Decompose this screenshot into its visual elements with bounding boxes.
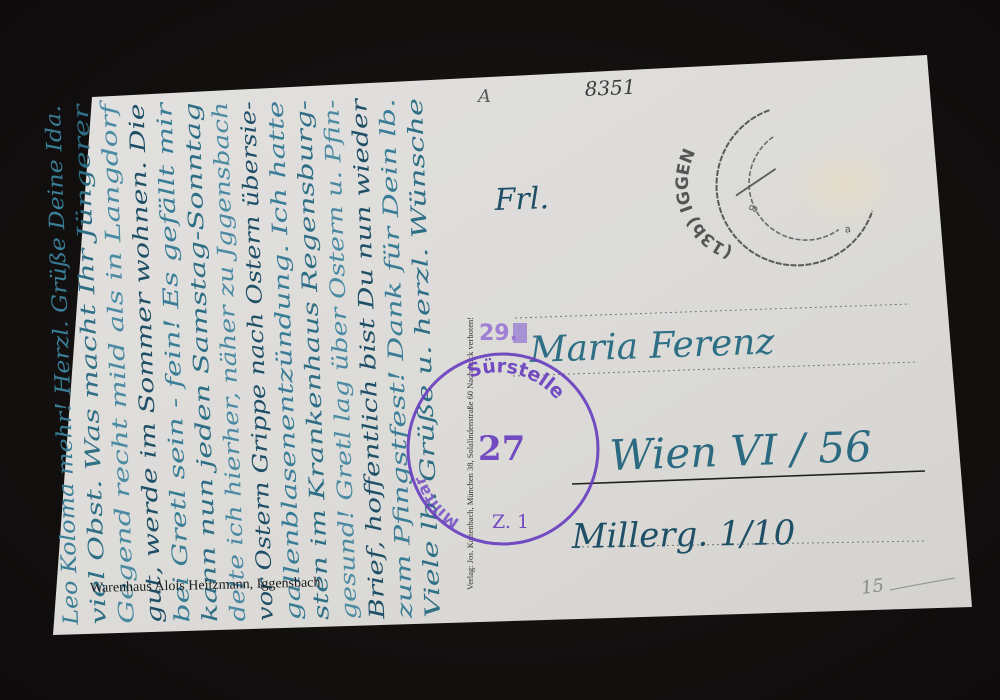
pencil-mark-top: A	[476, 86, 491, 107]
paper-stain	[785, 140, 905, 230]
censor-number: 27	[478, 429, 525, 469]
address-street: Millerg. 1/10	[570, 513, 795, 557]
censor-bottom-text: Z. 1	[492, 511, 529, 533]
photo-scene: 8351 A (13b) IGGEN 8 a Verlag: Jos. Kalt…	[0, 0, 1000, 700]
pencil-mark-bottom: 15	[860, 575, 886, 599]
censor-date-stamp: 29.	[479, 321, 518, 346]
address-city: Wien VI / 56	[609, 422, 873, 480]
address-salutation: Frl.	[493, 181, 549, 218]
address-name: Maria Ferenz	[528, 321, 776, 371]
censor-date-block	[513, 323, 527, 343]
archive-number: 8351	[584, 75, 636, 101]
